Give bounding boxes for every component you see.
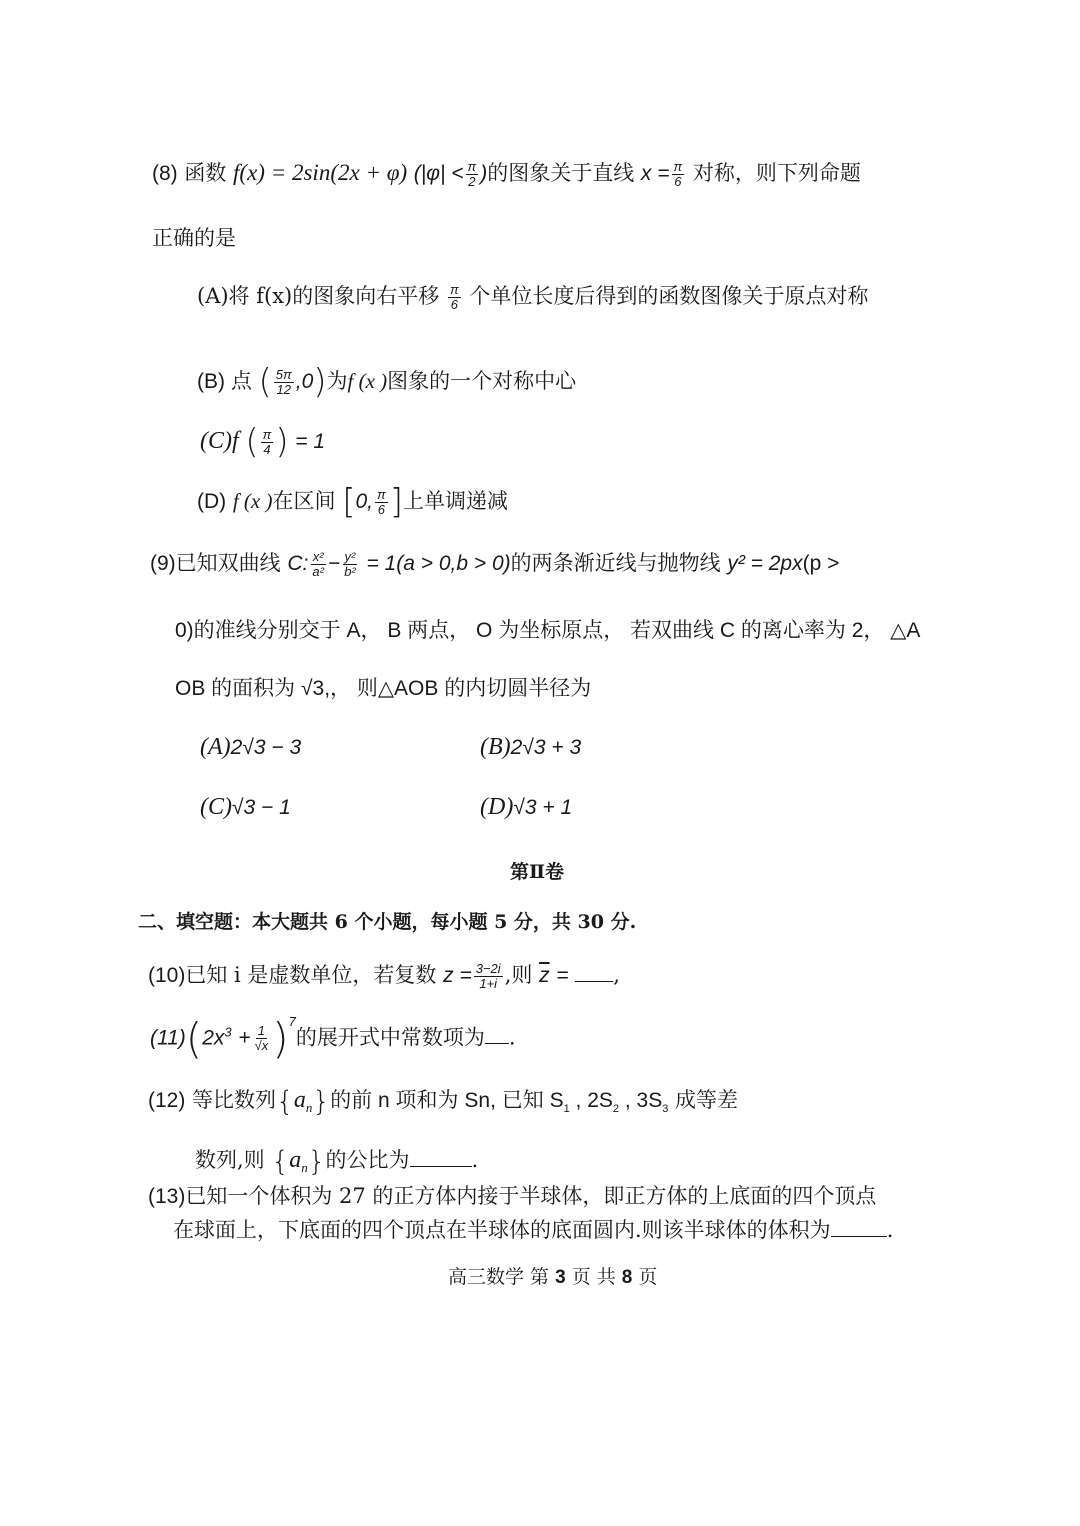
answer-blank[interactable]	[575, 979, 613, 982]
q9-option-d: (D)√3 + 1	[480, 795, 572, 819]
q10-text1: 已知 i 是虚数单位，若复数	[185, 963, 436, 987]
q8-stem-line1: (8) 函数 f(x) = 2sin(2x + φ) (|φ| <π2)的图象关…	[152, 160, 861, 189]
q8-d-fx: f (x )	[233, 489, 273, 513]
q8-a-text1: 的图象向右平移	[292, 284, 439, 308]
option-value: √3 + 1	[513, 796, 572, 819]
option-value: 2√3 − 3	[231, 736, 302, 759]
q8-option-c: (C)f (π4) = 1	[200, 428, 325, 457]
q9-stem-line1: (9)已知双曲线 C:x²a²−y²b² = 1(a > 0,b > 0)的两条…	[150, 550, 839, 579]
q9-option-b: (B)2√3 + 3	[480, 735, 581, 759]
q12-stem-line2: 数列,则 {an}的公比为.	[195, 1148, 478, 1174]
q10-fraction: 3−2i1+i	[474, 962, 503, 991]
q8-stem-line2: 正确的是	[152, 228, 236, 249]
q10-stem: (10)已知 i 是虚数单位，若复数 z =3−2i1+i,则 z = ,	[148, 962, 620, 991]
q8-d-text1: 在区间	[273, 489, 336, 513]
option-label: (B)	[480, 734, 511, 760]
q9-option-c: (C)√3 − 1	[200, 795, 291, 819]
q10-text2: ,则	[505, 963, 533, 987]
q8-line-fraction: π6	[672, 160, 685, 189]
q11-power: 7	[289, 1014, 296, 1029]
q8-a-text2: 个单位长度后得到的函数图像关于原点对称	[469, 284, 868, 308]
q11-number: (11)	[150, 1026, 186, 1049]
q10-zbar: z	[539, 964, 550, 987]
q9-stem-line2: 0)的准线分别交于 A， B 两点， O 为坐标原点， 若双曲线 C 的离心率为…	[175, 620, 920, 641]
page-total: 8	[622, 1267, 633, 1288]
q9-frac1: x²a²	[310, 550, 326, 579]
q12-stem-line1: (12) 等比数列{an}的前 n 项和为 Sn, 已知 S1 , 2S2 , …	[148, 1088, 738, 1115]
q8-d-fraction: π6	[375, 488, 388, 517]
q10-number: (10)	[148, 964, 185, 987]
q13-stem-line1: (13)已知一个体积为 27 的正方体内接于半球体，即正方体的上底面的四个顶点	[148, 1186, 876, 1207]
option-value: √3 − 1	[232, 796, 291, 819]
q8-b-text1: 为	[327, 369, 348, 393]
q9-stem-line3: OB 的面积为 √3,， 则△AOB 的内切圆半径为	[175, 678, 591, 699]
volume-title: 第Ⅱ卷	[510, 863, 564, 882]
q9-option-a: (A)2√3 − 3	[200, 735, 301, 759]
q8-condition-pre: (|φ| <	[414, 162, 464, 185]
q13-stem-line2: 在球面上，下底面的四个顶点在半球体的底面圆内.则该半球体的体积为.	[173, 1220, 893, 1241]
q8-option-d: (D) f (x )在区间 [0,π6]上单调递减	[197, 488, 508, 517]
q8-a-fraction: π6	[448, 283, 461, 312]
option-label: (A)	[200, 734, 231, 760]
q10-z: z =	[443, 964, 472, 987]
q13-number: (13)	[148, 1185, 185, 1208]
option-label: (D)	[197, 490, 226, 513]
q8-stem-prefix: 函数	[184, 161, 226, 185]
q8-function: f(x) = 2sin(2x + φ)	[233, 160, 407, 185]
answer-blank[interactable]	[831, 1234, 887, 1237]
q11-fraction: 1√x	[253, 1024, 271, 1053]
page-number: 3	[555, 1267, 566, 1288]
q11-text: 的展开式中常数项为	[296, 1025, 485, 1049]
q8-d-interval-left: 0,	[355, 490, 373, 513]
q9-parabola: y² = 2px	[727, 552, 802, 575]
q9-frac2: y²b²	[342, 550, 358, 579]
q8-c-rhs: = 1	[295, 430, 325, 453]
q9-condition: = 1(a > 0,b > 0)	[366, 552, 510, 575]
q11-stem: (11)(2x3 +1√x)7的展开式中常数项为.	[150, 1022, 516, 1056]
q8-b-fraction: 5π12	[274, 368, 294, 397]
option-label: (B) 点	[197, 370, 252, 393]
q8-stem-end: 对称，则下列命题	[693, 161, 861, 185]
q13-line1: 已知一个体积为 27 的正方体内接于半球体，即正方体的上底面的四个顶点	[185, 1184, 876, 1208]
option-label: (C)	[200, 794, 232, 820]
q12-text1: 等比数列	[192, 1088, 276, 1112]
q8-a-fx: f(x)	[256, 284, 292, 308]
q8-d-text2: 上单调递减	[403, 489, 508, 513]
q9-mid: 的两条渐近线与抛物线	[511, 551, 721, 575]
option-label: (D)	[480, 794, 513, 820]
q13-line2: 在球面上，下底面的四个顶点在半球体的底面圆内.则该半球体的体积为	[173, 1218, 831, 1242]
q9-number: (9)	[150, 552, 176, 575]
q8-b-fx: f (x )	[348, 369, 388, 393]
q9-tail: (p >	[803, 552, 840, 575]
q8-option-b: (B) 点 (5π12,0)为f (x )图象的一个对称中心	[197, 368, 576, 397]
q8-stem-mid: 的图象关于直线	[487, 161, 634, 185]
q8-c-fraction: π4	[261, 428, 274, 457]
answer-blank[interactable]	[485, 1041, 509, 1044]
q8-number: (8)	[152, 162, 178, 185]
page-footer: 高三数学 第 3 页 共 8 页	[448, 1268, 657, 1287]
q8-line-eq: x =	[641, 162, 670, 185]
q12-line2-text1: 数列,则	[195, 1148, 265, 1172]
q8-option-a: (A)将 f(x)的图象向右平移 π6 个单位长度后得到的函数图像关于原点对称	[197, 283, 868, 312]
answer-blank[interactable]	[410, 1164, 472, 1167]
q8-b-coord: ,0	[296, 370, 314, 393]
option-label: (A)将	[197, 284, 250, 308]
q9-curve: C:	[287, 552, 308, 575]
q8-c-fx: f	[232, 428, 239, 454]
q8-condition-fraction: π2	[466, 160, 479, 189]
option-value: 2√3 + 3	[511, 736, 582, 759]
section-heading: 二、填空题：本大题共 6 个小题，每小题 5 分，共 30 分.	[138, 913, 636, 932]
q12-number: (12)	[148, 1089, 185, 1112]
q9-prefix: 已知双曲线	[176, 551, 281, 575]
q8-b-text2: 图象的一个对称中心	[387, 369, 576, 393]
option-label: (C)	[200, 428, 232, 454]
